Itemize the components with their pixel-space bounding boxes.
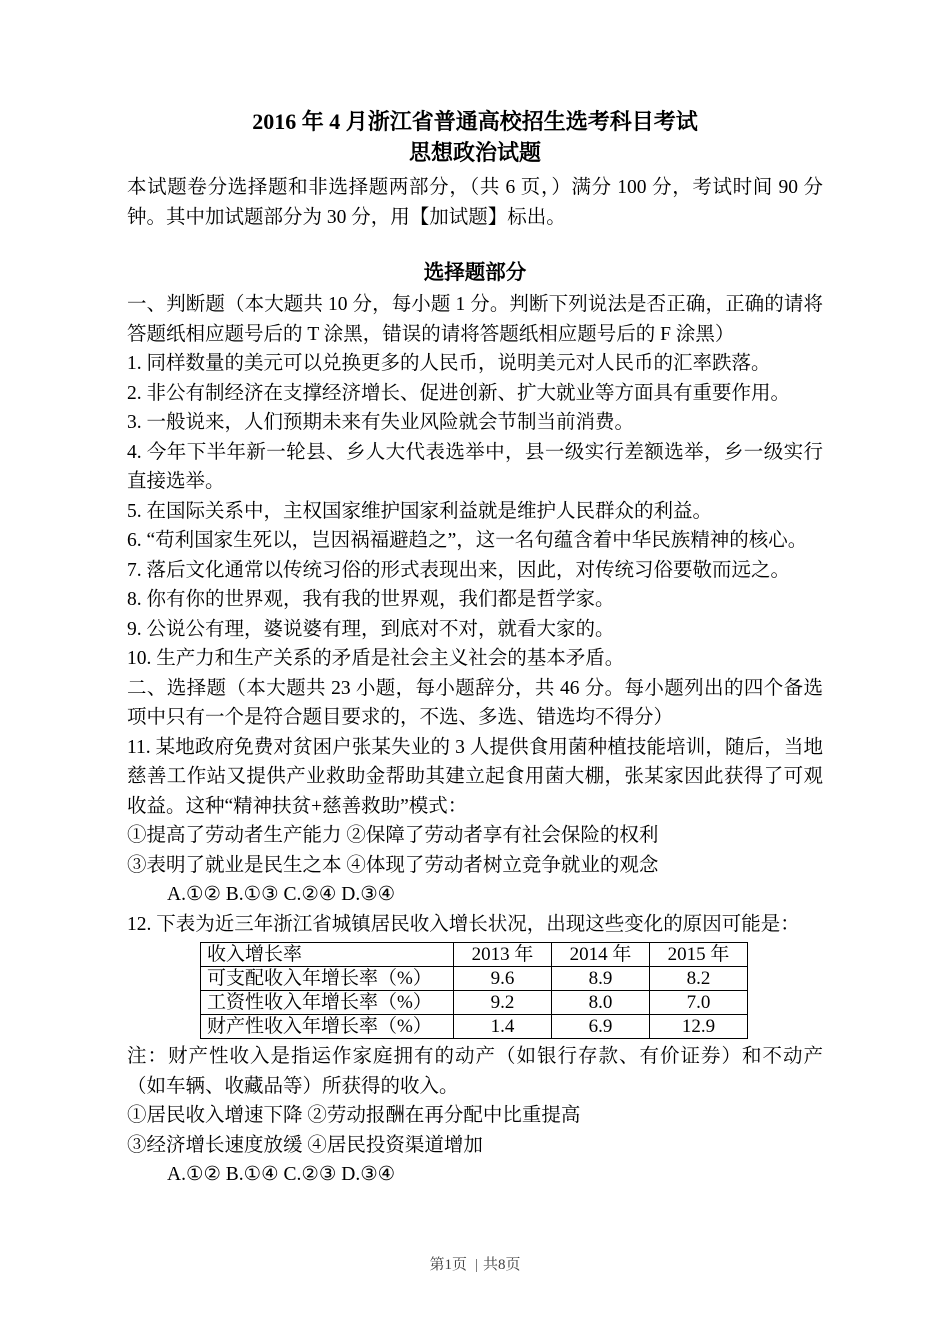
table-cell-value: 9.2 <box>454 991 552 1015</box>
table-header-row: 收入增长率 2013 年 2014 年 2015 年 <box>201 943 748 967</box>
judgment-item-5: 5. 在国际关系中，主权国家维护国家利益就是维护人民群众的利益。 <box>127 497 823 527</box>
table-cell-value: 9.6 <box>454 967 552 991</box>
part2-heading: 二、选择题（本大题共 23 小题，每小题辞分，共 46 分。每小题列出的四个备选… <box>127 674 823 733</box>
judgment-item-7: 7. 落后文化通常以传统习俗的形式表现出来，因此，对传统习俗要敬而远之。 <box>127 556 823 586</box>
table-cell-value: 8.0 <box>552 991 650 1015</box>
judgment-item-1: 1. 同样数量的美元可以兑换更多的人民币，说明美元对人民币的汇率跌落。 <box>127 349 823 379</box>
section-heading: 选择题部分 <box>127 258 823 288</box>
table-cell-value: 1.4 <box>454 1015 552 1039</box>
judgment-item-6: 6. “苟利国家生死以，岂因祸福避趋之”，这一名句蕴含着中华民族精神的核心。 <box>127 526 823 556</box>
table-row-property-income: 财产性收入年增长率（%） 1.4 6.9 12.9 <box>201 1015 748 1039</box>
exam-subtitle: 思想政治试题 <box>127 137 823 168</box>
table-cell-value: 7.0 <box>650 991 748 1015</box>
table-cell-value: 8.9 <box>552 967 650 991</box>
question-12-stem: 12. 下表为近三年浙江省城镇居民收入增长状况，出现这些变化的原因可能是： <box>127 910 823 940</box>
table-cell-value: 6.9 <box>552 1015 650 1039</box>
table-cell-label: 可支配收入年增长率（%） <box>201 967 454 991</box>
question-11-choices-line1: ①提高了劳动者生产能力 ②保障了劳动者享有社会保险的权利 <box>127 821 823 851</box>
table-row-wage-income: 工资性收入年增长率（%） 9.2 8.0 7.0 <box>201 991 748 1015</box>
table-cell-value: 8.2 <box>650 967 748 991</box>
table-cell-value: 12.9 <box>650 1015 748 1039</box>
judgment-item-9: 9. 公说公有理，婆说婆有理，到底对不对，就看大家的。 <box>127 615 823 645</box>
question-12-choices-line1: ①居民收入增速下降 ②劳动报酬在再分配中比重提高 <box>127 1101 823 1131</box>
page-number: 第1页 <box>429 1257 467 1273</box>
income-growth-table: 收入增长率 2013 年 2014 年 2015 年 可支配收入年增长率（%） … <box>200 942 748 1039</box>
table-row-disposable-income: 可支配收入年增长率（%） 9.6 8.9 8.2 <box>201 967 748 991</box>
judgment-item-4: 4. 今年下半年新一轮县、乡人大代表选举中，县一级实行差额选举，乡一级实行直接选… <box>127 438 823 497</box>
page-total: 共8页 <box>483 1257 521 1273</box>
exam-title: 2016 年 4 月浙江省普通高校招生选考科目考试 <box>127 106 823 137</box>
table-cell-label: 工资性收入年增长率（%） <box>201 991 454 1015</box>
exam-page: 2016 年 4 月浙江省普通高校招生选考科目考试 思想政治试题 本试题卷分选择… <box>0 0 950 1190</box>
judgment-item-8: 8. 你有你的世界观，我有我的世界观，我们都是哲学家。 <box>127 585 823 615</box>
question-11-choices-line2: ③表明了就业是民生之本 ④体现了劳动者树立竞争就业的观念 <box>127 851 823 881</box>
table-header-metric: 收入增长率 <box>201 943 454 967</box>
judgment-item-2: 2. 非公有制经济在支撑经济增长、促进创新、扩大就业等方面具有重要作用。 <box>127 379 823 409</box>
question-12-choices-line2: ③经济增长速度放缓 ④居民投资渠道增加 <box>127 1131 823 1161</box>
question-11-stem: 11. 某地政府免费对贫困户张某失业的 3 人提供食用菌种植技能培训，随后，当地… <box>127 733 823 822</box>
table-header-2013: 2013 年 <box>454 943 552 967</box>
page-footer: 第1页|共8页 <box>0 1253 950 1274</box>
judgment-item-10: 10. 生产力和生产关系的矛盾是社会主义社会的基本矛盾。 <box>127 644 823 674</box>
judgment-item-3: 3. 一般说来，人们预期未来有失业风险就会节制当前消费。 <box>127 408 823 438</box>
table-header-2015: 2015 年 <box>650 943 748 967</box>
question-12-note: 注：财产性收入是指运作家庭拥有的动产（如银行存款、有价证券）和不动产（如车辆、收… <box>127 1042 823 1101</box>
table-cell-label: 财产性收入年增长率（%） <box>201 1015 454 1039</box>
exam-intro: 本试题卷分选择题和非选择题两部分，（共 6 页，）满分 100 分，考试时间 9… <box>127 173 823 233</box>
question-12-answer-options: A.①② B.①④ C.②③ D.③④ <box>127 1160 823 1190</box>
question-11-answer-options: A.①② B.①③ C.②④ D.③④ <box>127 880 823 910</box>
part1-heading: 一、判断题（本大题共 10 分，每小题 1 分。判断下列说法是否正确，正确的请将… <box>127 290 823 349</box>
table-header-2014: 2014 年 <box>552 943 650 967</box>
footer-divider: | <box>475 1257 478 1273</box>
